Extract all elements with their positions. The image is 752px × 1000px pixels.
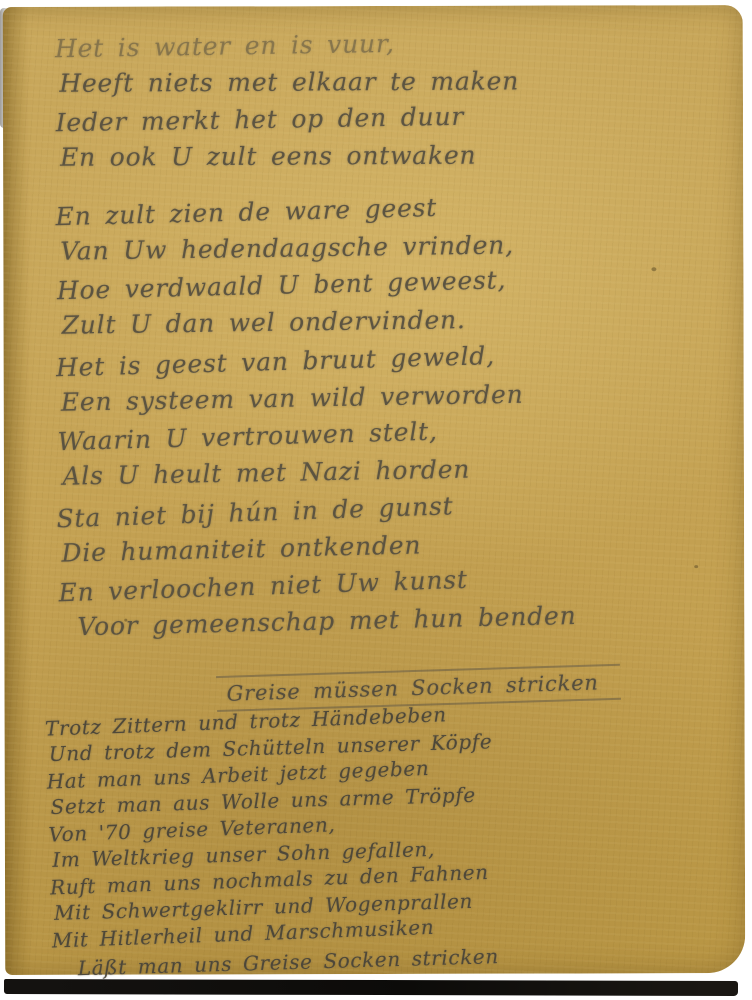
dutch-poem-stanza-1: Het is water en is vuur, Heeft niets met… — [55, 24, 516, 176]
dutch-poem-stanza-4: Sta niet bij hún in de gunst Die humanit… — [56, 485, 573, 647]
poem-line: Ieder merkt het op den duur — [55, 97, 515, 141]
poem-line: Zult U dan wel ondervinden. — [61, 300, 515, 343]
paper-speck — [651, 267, 656, 271]
dutch-poem-stanza-3: Het is geest van bruut geweld, Een syste… — [56, 338, 522, 496]
page-bottom-shadow — [4, 979, 738, 996]
page-left-edge — [3, 7, 32, 975]
manuscript-page: Het is water en is vuur, Heeft niets met… — [3, 5, 746, 975]
paper-speck — [694, 565, 698, 568]
poem-line: Heeft niets met elkaar te maken — [59, 62, 519, 101]
dutch-poem-stanza-2: En zult zien de ware geest Van Uw hedend… — [55, 189, 511, 345]
german-poem: Trotz Zittern und trotz Händebeben Und t… — [45, 701, 497, 983]
poem-line: Het is water en is vuur, — [55, 23, 515, 67]
photo-frame: Het is water en is vuur, Heeft niets met… — [0, 0, 752, 1000]
poem-line: En ook U zult eens ontwaken — [60, 136, 520, 175]
